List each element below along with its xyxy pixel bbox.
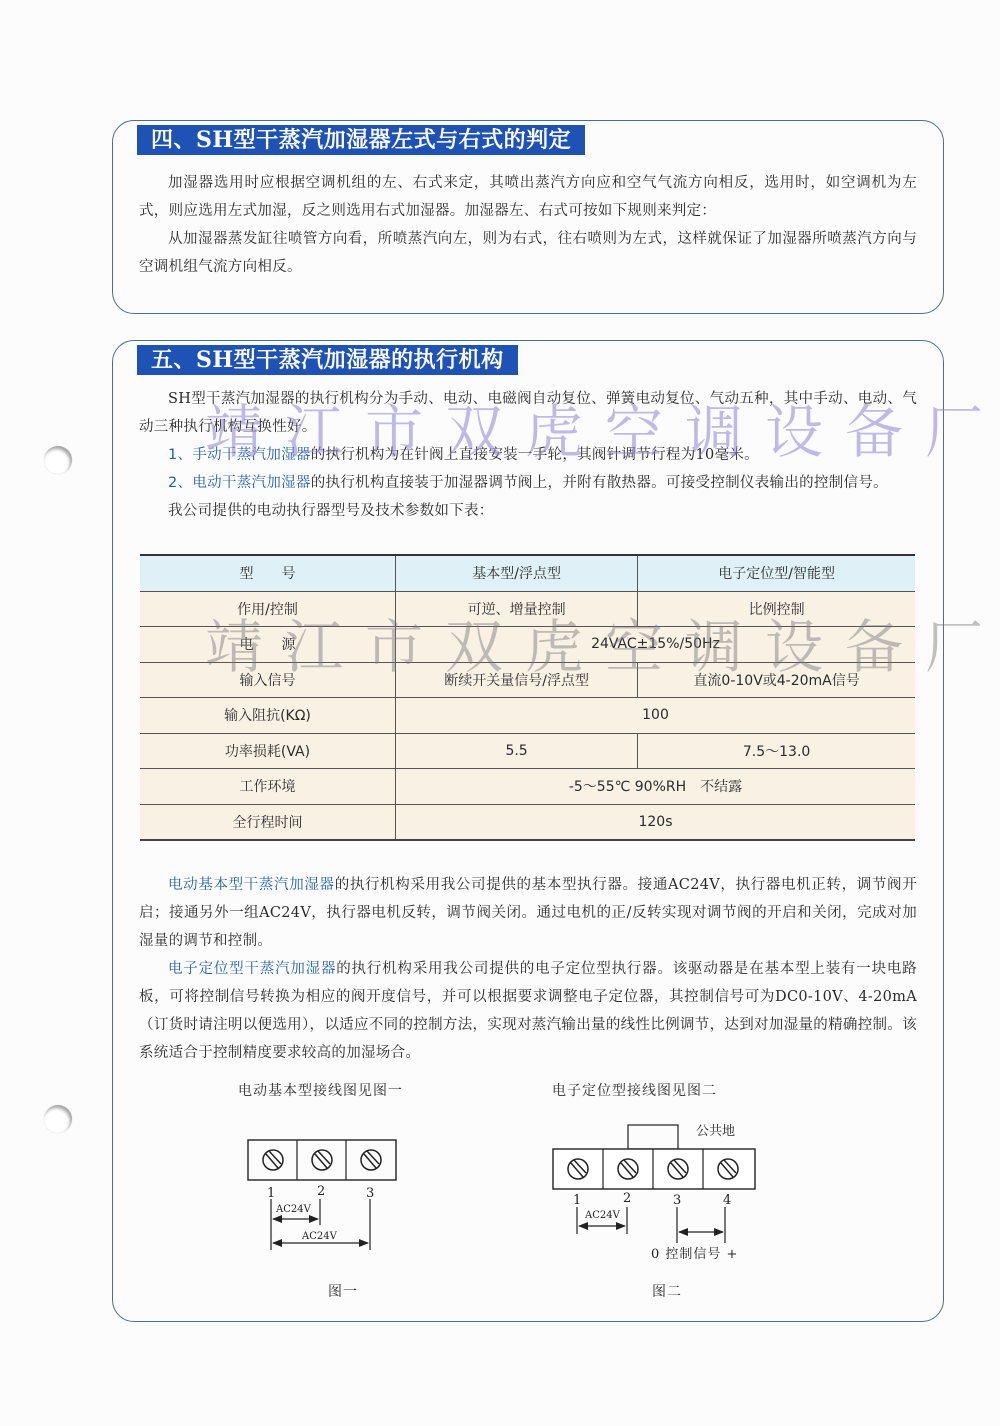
section-title: 五、SH型干蒸汽加湿器的执行机构 (137, 345, 518, 375)
figure1-heading: 电动基本型接线图见图一 (238, 1080, 403, 1100)
table-row: 工作环境 -5～55℃ 90%RH 不结露 (140, 769, 915, 805)
table-row: 输入阻抗(KΩ) 100 (140, 698, 915, 734)
cell-merged: -5～55℃ 90%RH 不结露 (396, 769, 916, 805)
cell-electronic: 直流0-10V或4-20mA信号 (638, 662, 915, 698)
header-cell-basic: 基本型/浮点型 (396, 555, 638, 591)
label-ac24v-a: AC24V (275, 1204, 312, 1215)
row-label: 功率损耗(VA) (140, 733, 396, 769)
terminal-4: 4 (723, 1193, 731, 1208)
table-header-row: 型 号 基本型/浮点型 电子定位型/智能型 (140, 555, 915, 591)
figure2-heading: 电子定位型接线图见图二 (552, 1080, 717, 1100)
label-ac24v: AC24V (584, 1210, 621, 1221)
terminal-2: 2 (623, 1191, 631, 1206)
terminal-3: 3 (366, 1186, 374, 1201)
punch-hole-top (44, 446, 72, 474)
paragraph-basic: 电动基本型干蒸汽加湿器的执行机构采用我公司提供的基本型执行器。接通AC24V，执… (139, 871, 917, 955)
section-details: 电动基本型干蒸汽加湿器的执行机构采用我公司提供的基本型执行器。接通AC24V，执… (139, 871, 917, 1067)
row-label: 全行程时间 (140, 804, 396, 840)
header-cell-model: 型 号 (140, 555, 396, 591)
paragraph: 从加湿器蒸发缸往喷管方向看，所喷蒸汽向左，则为右式，往右喷则为左式，这样就保证了… (139, 225, 917, 281)
cell-electronic: 7.5～13.0 (638, 733, 915, 769)
cell-merged: 120s (396, 804, 916, 840)
screw-terminal-icon (263, 1150, 381, 1170)
common-ground-label: 公共地 (696, 1123, 735, 1139)
highlight-electronic: 电子定位型干蒸汽加湿器 (168, 961, 336, 977)
row-label: 电 源 (140, 627, 396, 663)
section-left-right-determination: 四、SH型干蒸汽加湿器左式与右式的判定 加湿器选用时应根据空调机组的左、右式来定… (112, 120, 944, 314)
table-row: 功率损耗(VA) 5.5 7.5～13.0 (140, 733, 915, 769)
label-ac24v-b: AC24V (301, 1231, 338, 1242)
table-row: 电 源 24VAC±15%/50Hz (140, 627, 915, 663)
row-label: 作用/控制 (140, 591, 396, 627)
highlight-manual: 1、手动干蒸汽加湿器 (168, 447, 311, 463)
highlight-basic: 电动基本型干蒸汽加湿器 (168, 877, 335, 893)
cell-basic: 断续开关量信号/浮点型 (396, 662, 638, 698)
cell-electronic: 比例控制 (638, 591, 915, 627)
row-label: 工作环境 (140, 769, 396, 805)
table-row: 作用/控制 可逆、增量控制 比例控制 (140, 591, 915, 627)
row-label: 输入阻抗(KΩ) (140, 698, 396, 734)
table-intro: 我公司提供的电动执行器型号及技术参数如下表： (139, 497, 917, 525)
section-body: 加湿器选用时应根据空调机组的左、右式来定，其喷出蒸汽方向应和空气气流方向相反，选… (139, 169, 917, 281)
paragraph: SH型干蒸汽加湿器的执行机构分为手动、电动、电磁阀自动复位、弹簧电动复位、气动五… (139, 385, 917, 441)
terminal-2: 2 (317, 1184, 325, 1199)
paragraph-item-2: 2、电动干蒸汽加湿器的执行机构直接装于加湿器调节阀上，并附有散热器。可接受控制仪… (139, 469, 917, 497)
paragraph-electronic: 电子定位型干蒸汽加湿器的执行机构采用我公司提供的电子定位型执行器。该驱动器是在基… (139, 955, 917, 1067)
terminal-1: 1 (573, 1193, 581, 1208)
table-row: 全行程时间 120s (140, 804, 915, 840)
paragraph-text: 的执行机构为在针阀上直接安装一手轮，其阀针调节行程为10毫米。 (311, 447, 759, 463)
figure1-wiring-diagram: 1 2 3 AC24V AC24V (240, 1135, 410, 1255)
control-signal-label: 0 控制信号 + (651, 1246, 738, 1262)
terminal-3: 3 (673, 1193, 681, 1208)
paragraph-item-1: 1、手动干蒸汽加湿器的执行机构为在针阀上直接安装一手轮，其阀针调节行程为10毫米… (139, 441, 917, 469)
section-title: 四、SH型干蒸汽加湿器左式与右式的判定 (137, 125, 585, 155)
paragraph: 加湿器选用时应根据空调机组的左、右式来定，其喷出蒸汽方向应和空气气流方向相反，选… (139, 169, 917, 225)
highlight-electric: 2、电动干蒸汽加湿器 (168, 475, 311, 491)
actuator-spec-table: 型 号 基本型/浮点型 电子定位型/智能型 作用/控制 可逆、增量控制 比例控制… (140, 554, 915, 841)
cell-basic: 5.5 (396, 733, 638, 769)
section-intro: SH型干蒸汽加湿器的执行机构分为手动、电动、电磁阀自动复位、弹簧电动复位、气动五… (139, 385, 917, 525)
figure2-wiring-diagram: 公共地 1 2 3 4 AC24V 0 控制信号 + (548, 1115, 788, 1265)
table-row: 输入信号 断续开关量信号/浮点型 直流0-10V或4-20mA信号 (140, 662, 915, 698)
cell-merged: 100 (396, 698, 916, 734)
figure2-caption: 图二 (652, 1281, 682, 1301)
header-cell-electronic: 电子定位型/智能型 (638, 555, 915, 591)
paragraph-text: 的执行机构直接装于加湿器调节阀上，并附有散热器。可接受控制仪表输出的控制信号。 (311, 475, 888, 491)
cell-merged: 24VAC±15%/50Hz (396, 627, 916, 663)
row-label: 输入信号 (140, 662, 396, 698)
terminal-1: 1 (267, 1186, 275, 1201)
figure1-caption: 图一 (328, 1281, 358, 1301)
cell-basic: 可逆、增量控制 (396, 591, 638, 627)
punch-hole-bottom (44, 1105, 72, 1133)
